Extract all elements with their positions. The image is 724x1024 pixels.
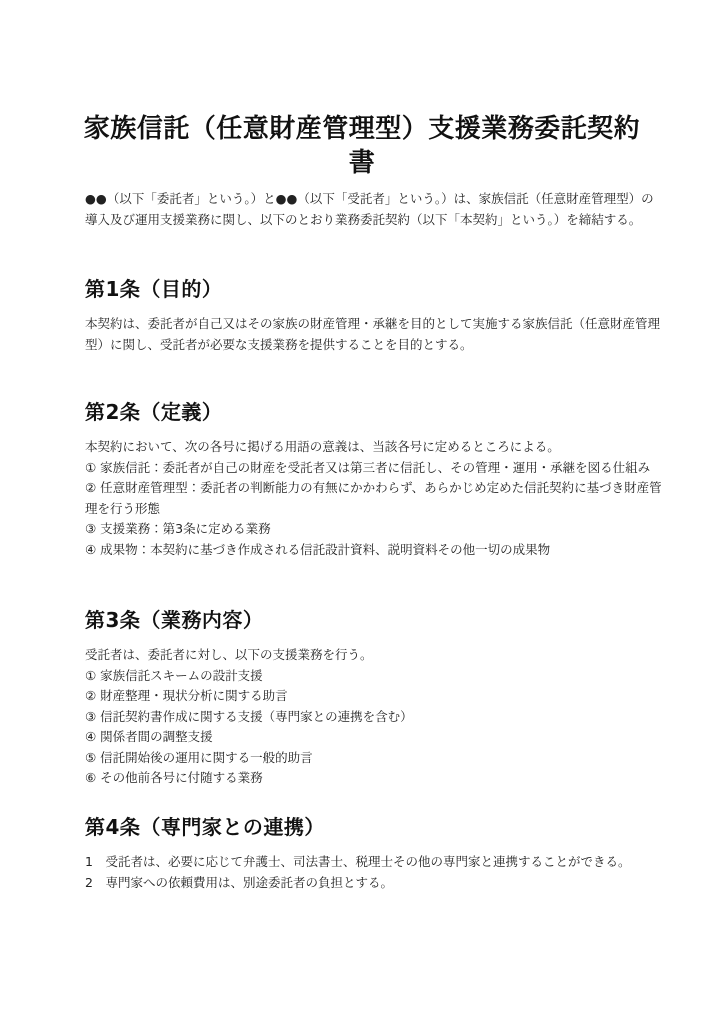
article-3-intro: 受託者は、委託者に対し、以下の支援業務を行う。 bbox=[85, 645, 663, 666]
article-1-heading: 第1条（目的） bbox=[85, 276, 663, 302]
article-2-item-3: ③ 支援業務：第3条に定める業務 bbox=[85, 519, 663, 540]
article-3-heading: 第3条（業務内容） bbox=[85, 607, 663, 633]
article-1-body: 本契約は、委託者が自己又はその家族の財産管理・承継を目的として実施する家族信託（… bbox=[85, 314, 663, 355]
document-title: 家族信託（任意財産管理型）支援業務委託契約書 bbox=[73, 112, 651, 180]
article-2-heading: 第2条（定義） bbox=[85, 399, 663, 425]
article-4-item-2: 2 専門家への依頼費用は、別途委託者の負担とする。 bbox=[85, 873, 663, 894]
document-page: 家族信託（任意財産管理型）支援業務委託契約書 ●●（以下「委託者」という。）と●… bbox=[0, 0, 724, 1024]
preamble-paragraph: ●●（以下「委託者」という。）と●●（以下「受託者」という。）は、家族信託（任意… bbox=[85, 188, 663, 230]
article-3-section: 第3条（業務内容） 受託者は、委託者に対し、以下の支援業務を行う。 ① 家族信託… bbox=[85, 607, 663, 789]
article-2-item-2: ② 任意財産管理型：委託者の判断能力の有無にかかわらず、あらかじめ定めた信託契約… bbox=[85, 478, 663, 519]
article-4-item-1: 1 受託者は、必要に応じて弁護士、司法書士、税理士その他の専門家と連携することが… bbox=[85, 852, 663, 873]
article-1-section: 第1条（目的） 本契約は、委託者が自己又はその家族の財産管理・承継を目的として実… bbox=[85, 276, 663, 355]
article-3-item-3: ③ 信託契約書作成に関する支援（専門家との連携を含む） bbox=[85, 707, 663, 728]
article-3-item-6: ⑥ その他前各号に付随する業務 bbox=[85, 768, 663, 789]
article-3-item-2: ② 財産整理・現状分析に関する助言 bbox=[85, 686, 663, 707]
article-3-item-4: ④ 関係者間の調整支援 bbox=[85, 727, 663, 748]
article-3-item-5: ⑤ 信託開始後の運用に関する一般的助言 bbox=[85, 748, 663, 769]
article-4-heading: 第4条（専門家との連携） bbox=[85, 814, 663, 840]
article-2-item-4: ④ 成果物：本契約に基づき作成される信託設計資料、説明資料その他一切の成果物 bbox=[85, 540, 663, 561]
article-2-item-1: ① 家族信託：委託者が自己の財産を受託者又は第三者に信託し、その管理・運用・承継… bbox=[85, 458, 663, 479]
article-2-section: 第2条（定義） 本契約において、次の各号に掲げる用語の意義は、当該各号に定めると… bbox=[85, 399, 663, 560]
article-4-section: 第4条（専門家との連携） 1 受託者は、必要に応じて弁護士、司法書士、税理士その… bbox=[85, 814, 663, 893]
article-3-item-1: ① 家族信託スキームの設計支援 bbox=[85, 666, 663, 687]
article-2-intro: 本契約において、次の各号に掲げる用語の意義は、当該各号に定めるところによる。 bbox=[85, 437, 663, 458]
